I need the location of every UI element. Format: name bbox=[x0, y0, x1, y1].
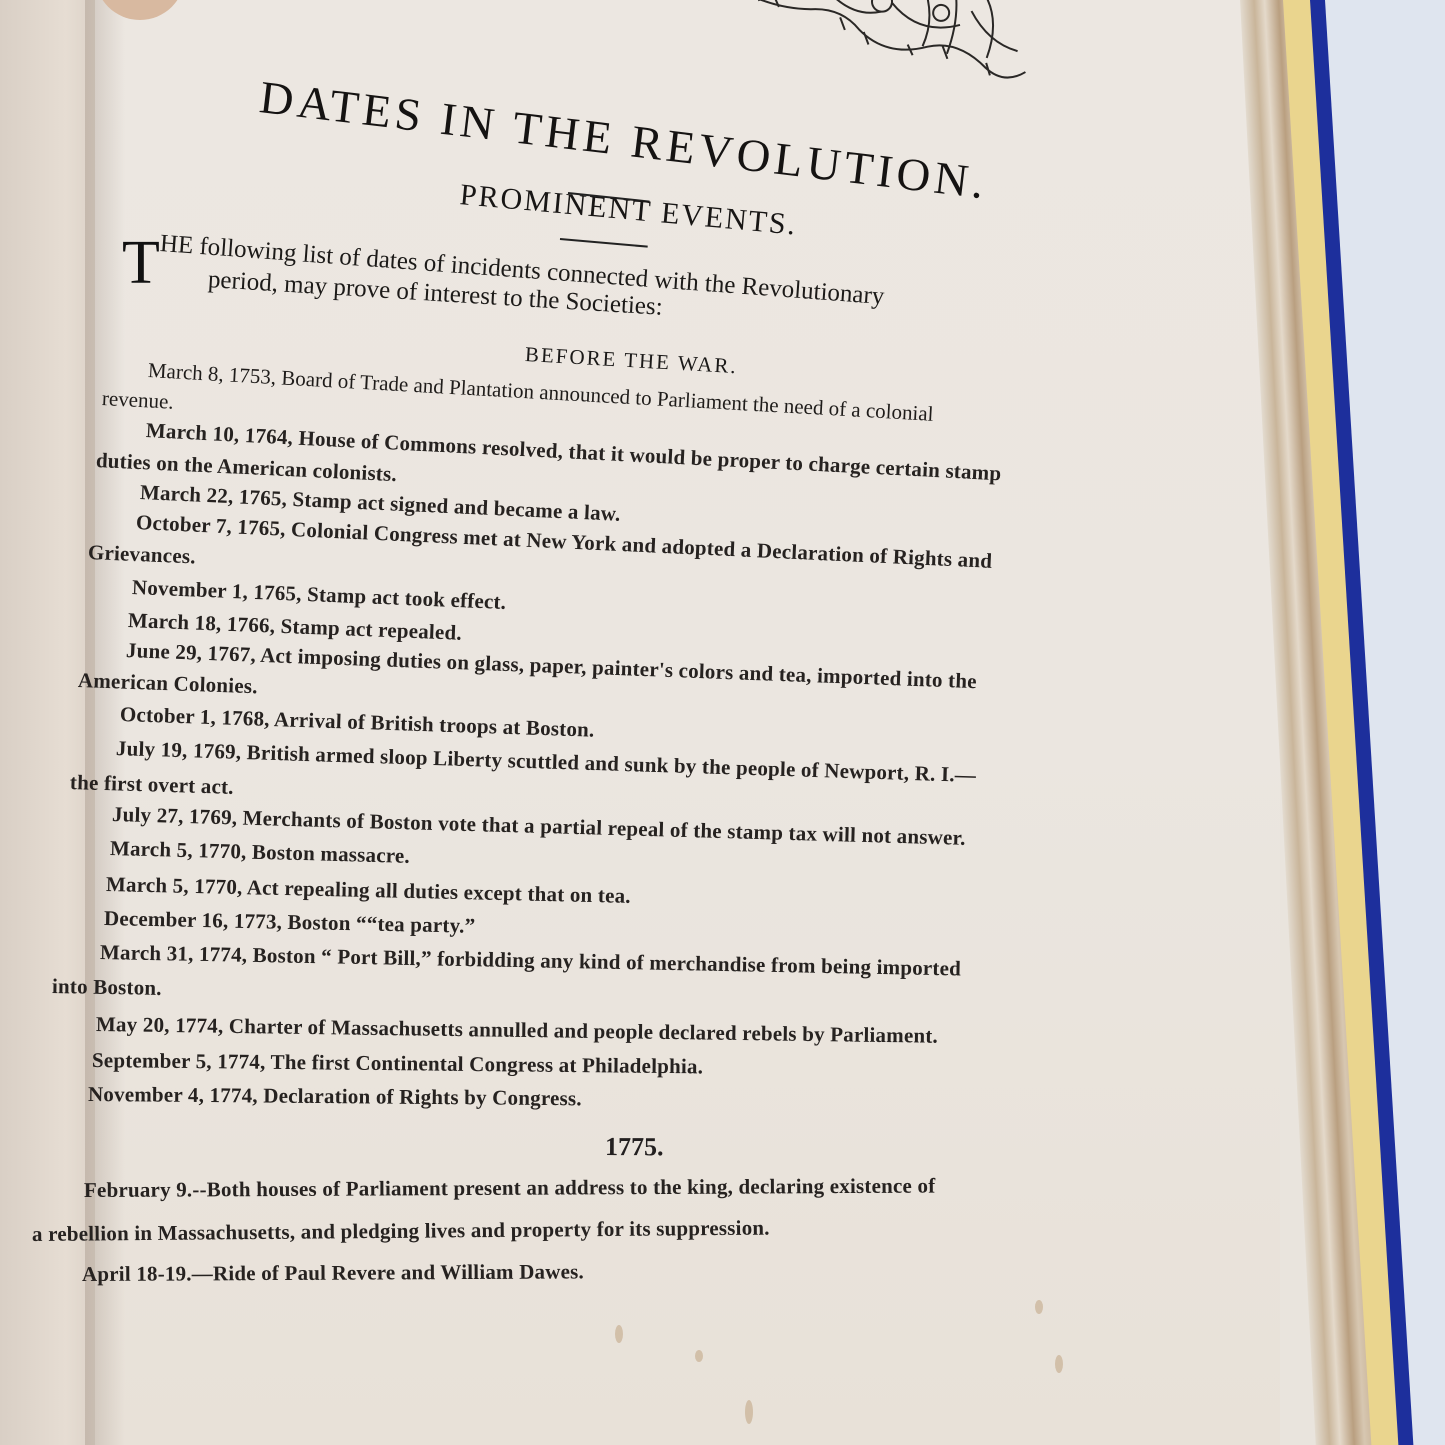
entry-continuation: Grievances. bbox=[87, 540, 196, 569]
book-photo: DATES IN THE REVOLUTION. PROMINENT EVENT… bbox=[0, 0, 1445, 1445]
entry: April 18-19.—Ride of Paul Revere and Wil… bbox=[82, 1259, 584, 1287]
entry-continuation: the first overt act. bbox=[70, 770, 234, 800]
entry: February 9.--Both houses of Parliament p… bbox=[84, 1174, 935, 1203]
entry-continuation: into Boston. bbox=[52, 974, 162, 1001]
entry: November 4, 1774, Declaration of Rights … bbox=[88, 1082, 582, 1111]
section-heading-1775: 1775. bbox=[605, 1132, 664, 1162]
drop-cap: T bbox=[122, 228, 160, 299]
entry-continuation: revenue. bbox=[101, 386, 174, 415]
